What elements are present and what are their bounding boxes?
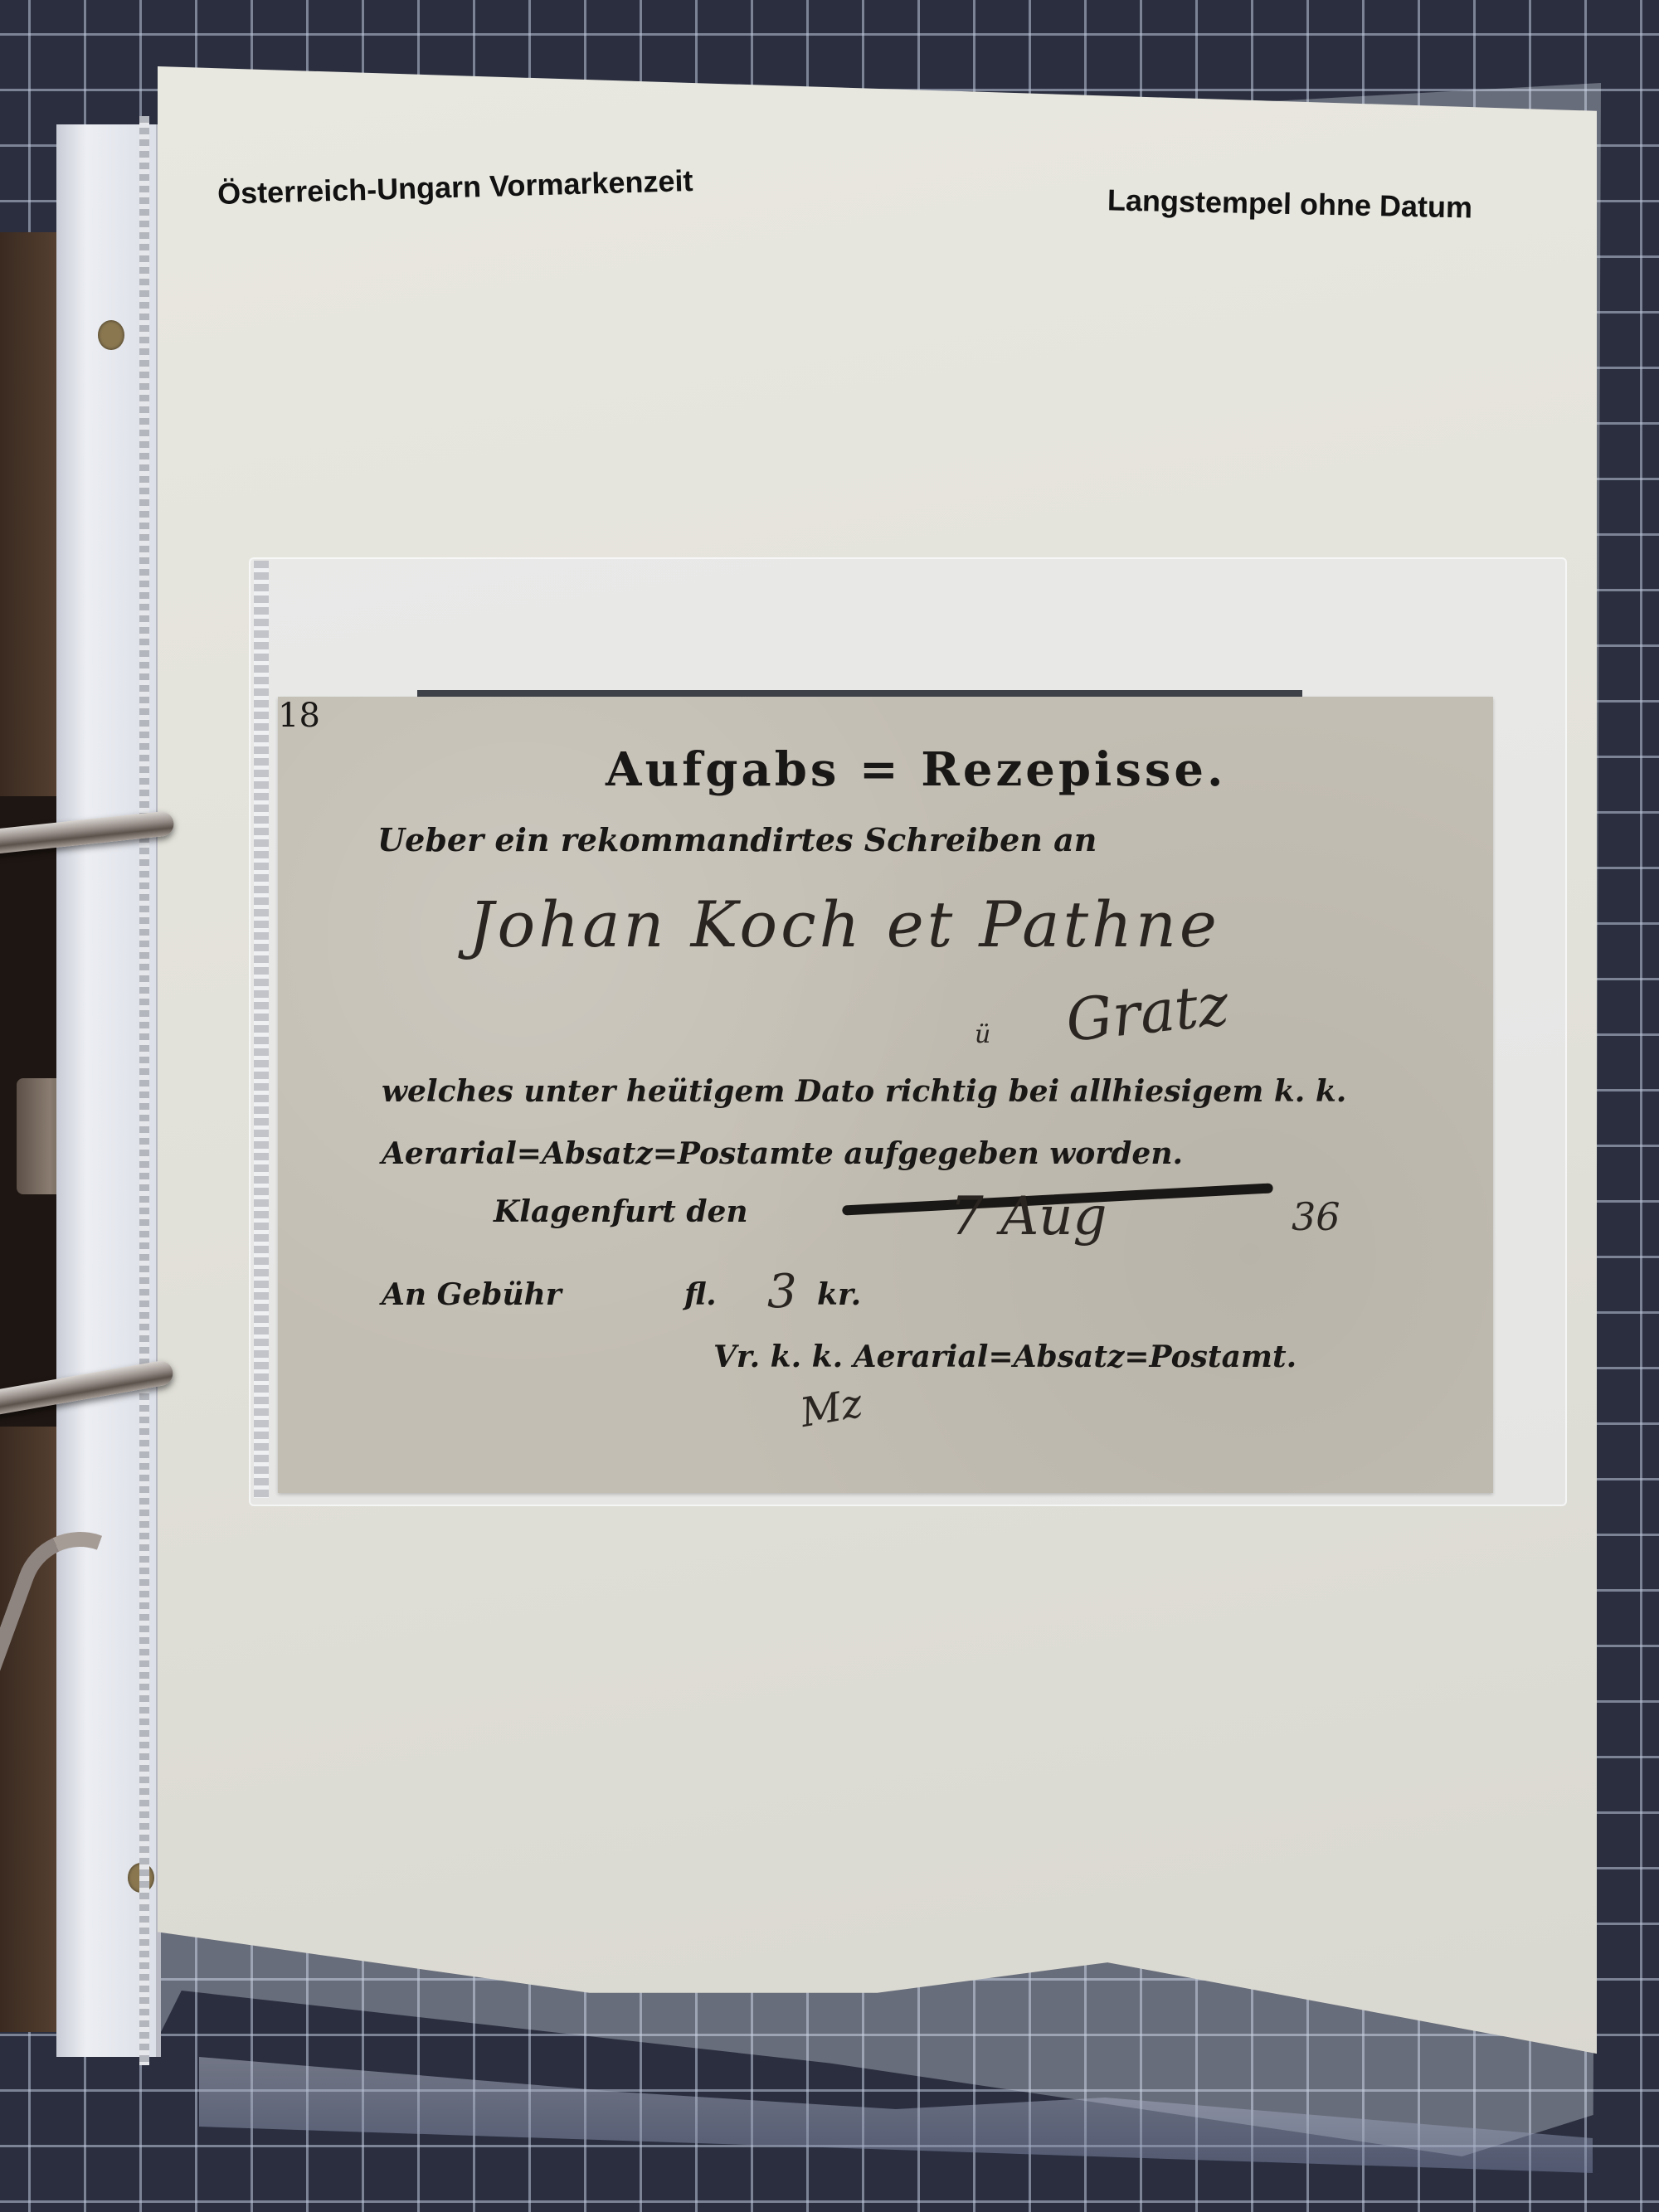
fee-currency-kr: kr. (817, 1277, 861, 1312)
mount-perforation (254, 561, 269, 1498)
destination-city: Gratz (1063, 970, 1232, 1055)
date-year-printed: 18 (278, 697, 1493, 735)
recipient-name: Johan Koch et Pathne (469, 887, 1220, 961)
receipt-title: Aufgabs = Rezepisse. (606, 742, 1227, 797)
destination-prefix: ü (975, 1020, 990, 1049)
place-label: Klagenfurt den (494, 1194, 748, 1229)
receipt-line-2: welches unter heütigem Dato richtig bei … (382, 1074, 1346, 1109)
clerk-signature: Mz (797, 1380, 866, 1437)
date-day: 7 Aug (950, 1186, 1107, 1247)
receipt-line-1: Ueber ein rekommandirtes Schreiben an (377, 821, 1097, 858)
fee-value: 3 (767, 1265, 797, 1319)
post-office-line: Vr. k. k. Aerarial=Absatz=Postamt. (713, 1339, 1297, 1374)
fee-label: An Gebühr (382, 1277, 562, 1312)
receipt-line-3: Aerarial=Absatz=Postamte aufgegeben word… (382, 1136, 1183, 1171)
sleeve-perforation (139, 116, 149, 2065)
postal-receipt: Aufgabs = Rezepisse. Ueber ein rekommand… (278, 697, 1493, 1493)
date-year-handwritten: 36 (1292, 1194, 1340, 1239)
fee-currency-fl: fl. (684, 1277, 717, 1312)
punch-hole-top (98, 320, 124, 350)
